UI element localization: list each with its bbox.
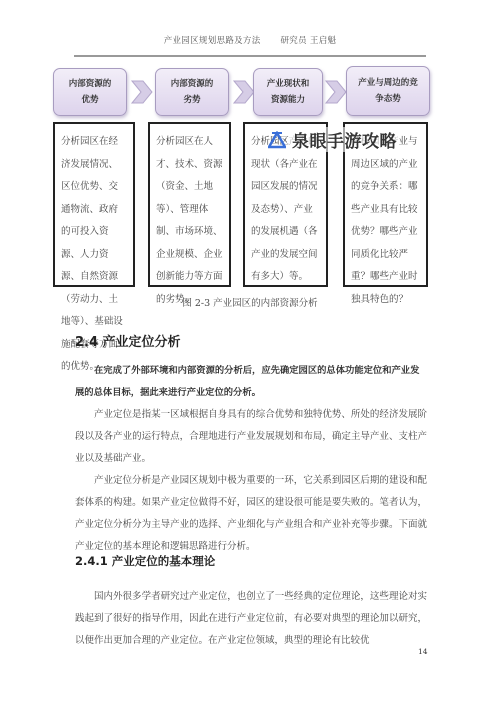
watermark-text: 泉眼手游攻略 (290, 127, 399, 152)
body-paragraph: 国内外很多学者研究过产业定位，也创立了一些经典的定位理论，这些理论对实践起到了很… (75, 586, 427, 652)
header-rule (74, 55, 426, 57)
flow-step-label: 产业现状和 (267, 76, 310, 92)
intro-paragraph: 在完成了外部环境和内部资源的分析后，应先确定园区的总体功能定位和产业发展的总体目… (75, 360, 427, 404)
watermark: 泉眼手游攻略 (268, 127, 399, 152)
flow-step-label: 资源能力 (267, 92, 310, 108)
header-author: 研究员 王启魁 (281, 36, 337, 46)
chevron-right-icon (325, 80, 347, 104)
chevron-right-icon (131, 80, 153, 104)
flow-step-label: 优势 (69, 92, 112, 108)
flow-step-strengths: 内部资源的优势 (53, 68, 127, 116)
figure-caption: 图 2-3 产业园区的内部资源分析 (0, 295, 500, 309)
flow-step-weaknesses: 内部资源的劣势 (155, 68, 229, 116)
flow-step-label: 内部资源的 (171, 76, 214, 92)
description-box-weaknesses: 分析园区在人才、技术、资源（资金、土地等）、管理体制、市场环境、企业规模、企业创… (148, 122, 231, 287)
header-title: 产业园区规划思路及方法 (164, 36, 261, 46)
page-header: 产业园区规划思路及方法研究员 王启魁 (0, 34, 500, 46)
section-heading: 2.4 产业定位分析 (75, 331, 181, 350)
subsection-heading: 2.4.1 产业定位的基本理论 (75, 553, 215, 569)
body-paragraph: 产业定位是指某一区域根据自身具有的综合优势和独特优势、所处的经济发展阶段以及各产… (75, 404, 427, 470)
body-paragraph: 产业定位分析是产业园区规划中极为重要的一环，它关系到园区后期的建设和配套体系的构… (75, 470, 427, 558)
flow-step-label: 内部资源的 (69, 76, 112, 92)
chevron-right-icon (233, 80, 255, 104)
flow-step-label: 劣势 (171, 92, 214, 108)
flow-step-industry-status: 产业现状和资源能力 (253, 68, 323, 116)
page-number: 14 (418, 647, 428, 656)
watermark-triangle-icon (268, 131, 286, 149)
flow-step-competition: 产业与周边的竞争态势 (346, 66, 430, 116)
flow-step-label: 产业与周边的竞 (358, 75, 418, 91)
description-box-strengths: 分析园区在经济发展情况、区位优势、交通物流、政府的可投入资源、人力资源、自然资源… (53, 122, 135, 287)
flow-step-label: 争态势 (358, 91, 418, 107)
